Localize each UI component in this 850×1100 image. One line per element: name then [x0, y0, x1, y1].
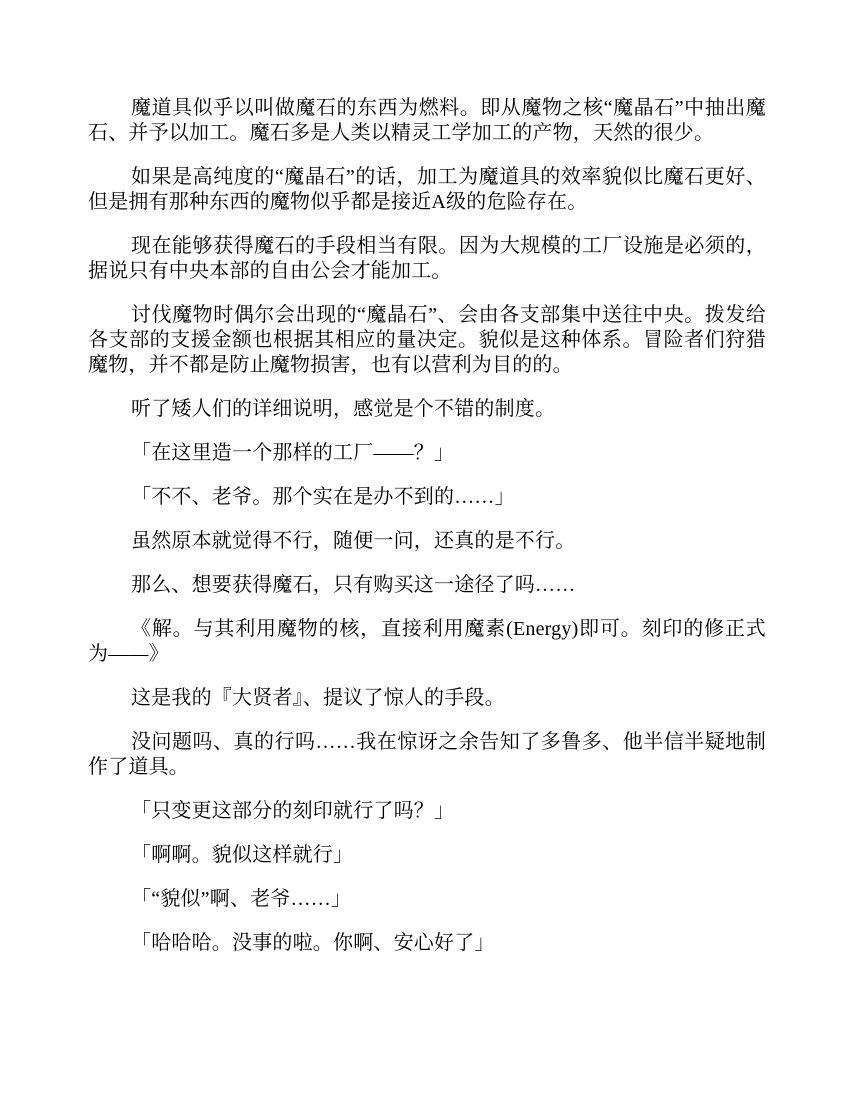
paragraph-11: 这是我的『大贤者』、提议了惊人的手段。 [88, 686, 766, 711]
paragraph-2: 如果是高纯度的“魔晶石”的话，加工为魔道具的效率貌似比魔石更好、但是拥有那种东西… [88, 165, 766, 215]
paragraph-13: 「只变更这部分的刻印就行了吗？」 [88, 799, 766, 824]
paragraph-14: 「啊啊。貌似这样就行」 [88, 843, 766, 868]
paragraph-7: 「不不、老爷。那个实在是办不到的……」 [88, 485, 766, 510]
paragraph-5: 听了矮人们的详细说明，感觉是个不错的制度。 [88, 397, 766, 422]
paragraph-12: 没问题吗、真的行吗……我在惊讶之余告知了多鲁多、他半信半疑地制作了道具。 [88, 730, 766, 780]
paragraph-1: 魔道具似乎以叫做魔石的东西为燃料。即从魔物之核“魔晶石”中抽出魔石、并予以加工。… [88, 96, 766, 146]
paragraph-16: 「哈哈哈。没事的啦。你啊、安心好了」 [88, 931, 766, 956]
paragraph-15: 「“貌似”啊、老爷……」 [88, 887, 766, 912]
paragraph-4: 讨伐魔物时偶尔会出现的“魔晶石”、会由各支部集中送往中央。拨发给各支部的支援金额… [88, 303, 766, 378]
paragraph-8: 虽然原本就觉得不行，随便一问，还真的是不行。 [88, 529, 766, 554]
paragraph-9: 那么、想要获得魔石，只有购买这一途径了吗…… [88, 573, 766, 598]
paragraph-3: 现在能够获得魔石的手段相当有限。因为大规模的工厂设施是必须的，据说只有中央本部的… [88, 234, 766, 284]
paragraph-6: 「在这里造一个那样的工厂——？」 [88, 441, 766, 466]
paragraph-10: 《解。与其利用魔物的核，直接利用魔素(Energy)即可。刻印的修正式为——》 [88, 617, 766, 667]
document-page: 魔道具似乎以叫做魔石的东西为燃料。即从魔物之核“魔晶石”中抽出魔石、并予以加工。… [0, 0, 850, 1100]
